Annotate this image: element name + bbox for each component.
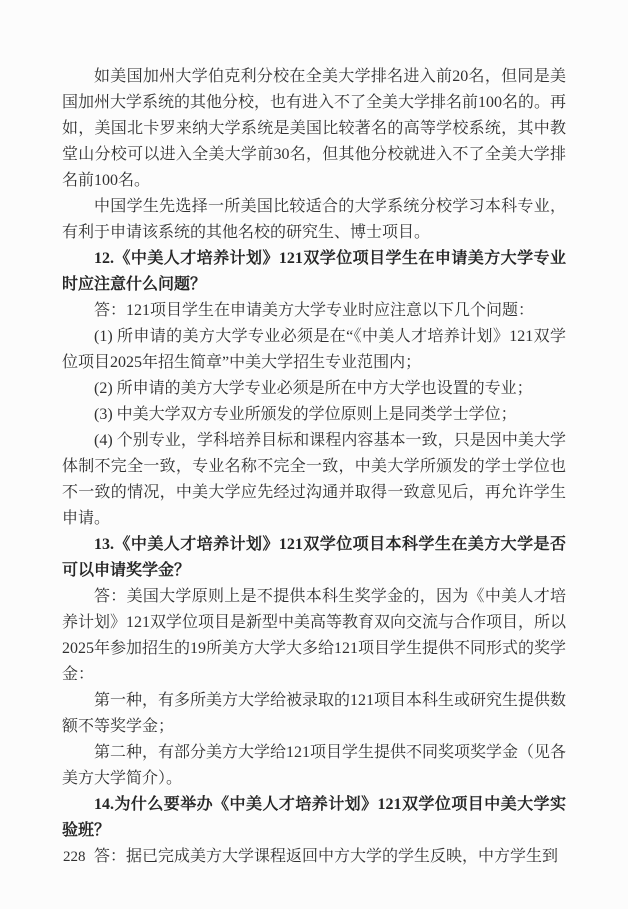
answer-12-item-4: (4) 个别专业，学科培养目标和课程内容基本一致，只是因中美大学体制不完全一致，… — [62, 428, 566, 532]
question-13-heading: 13.《中美人才培养计划》121双学位项目本科学生在美方大学是否可以申请奖学金？ — [62, 532, 566, 584]
answer-13-type-2: 第二种，有部分美方大学给121项目学生提供不同奖项奖学金（见各美方大学简介）。 — [62, 740, 566, 792]
text-column: 如美国加州大学伯克利分校在全美大学排名进入前20名，但同是美国加州大学系统的其他… — [62, 64, 566, 870]
question-12-heading: 12.《中美人才培养计划》121双学位项目学生在申请美方大学专业时应注意什么问题… — [62, 246, 566, 298]
question-14-heading: 14.为什么要举办《中美人才培养计划》121双学位项目中美大学实验班？ — [62, 792, 566, 844]
answer-13-intro: 答：美国大学原则上是不提供本科生奖学金的，因为《中美人才培养计划》121双学位项… — [62, 584, 566, 688]
page-number: 228 — [63, 845, 86, 869]
answer-14-partial: 答：据已完成美方大学课程返回中方大学的学生反映，中方学生到 — [62, 844, 566, 870]
answer-12-item-1: (1) 所申请的美方大学专业必须是在“《中美人才培养计划》121双学位项目202… — [62, 324, 566, 376]
answer-12-item-2: (2) 所申请的美方大学专业必须是所在中方大学也设置的专业； — [62, 376, 566, 402]
answer-12-intro: 答：121项目学生在申请美方大学专业时应注意以下几个问题： — [62, 298, 566, 324]
answer-12-item-3: (3) 中美大学双方专业所颁发的学位原则上是同类学士学位； — [62, 402, 566, 428]
book-page: 如美国加州大学伯克利分校在全美大学排名进入前20名，但同是美国加州大学系统的其他… — [0, 0, 628, 909]
answer-13-type-1: 第一种，有多所美方大学给被录取的121项目本科生或研究生提供数额不等奖学金； — [62, 688, 566, 740]
paragraph-system-selection-advice: 中国学生先选择一所美国比较适合的大学系统分校学习本科专业，有利于申请该系统的其他… — [62, 194, 566, 246]
paragraph-university-ranking-example: 如美国加州大学伯克利分校在全美大学排名进入前20名，但同是美国加州大学系统的其他… — [62, 64, 566, 194]
